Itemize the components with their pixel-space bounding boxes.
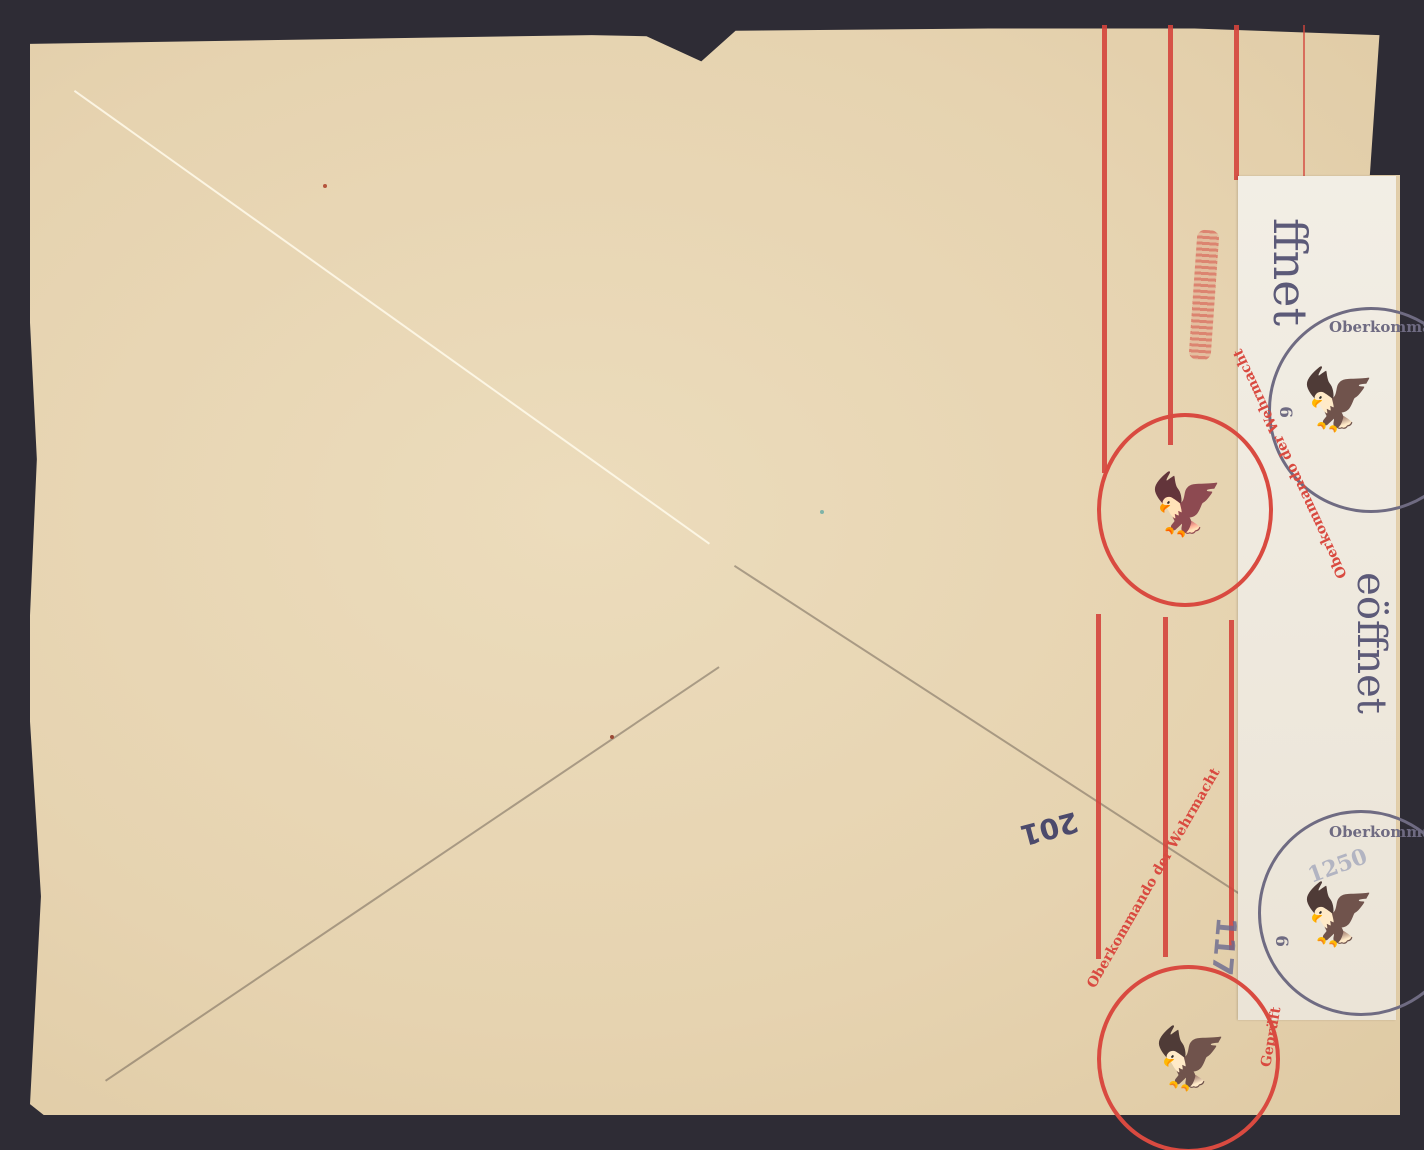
stamp-text: Oberkommando der Wehrmacht bbox=[1329, 823, 1424, 841]
stamp-text: Oberkommando der Wehrmacht bbox=[1329, 318, 1424, 336]
stamp-number: 6 bbox=[1271, 935, 1291, 947]
censor-number-117: 117 bbox=[1205, 916, 1243, 977]
ink-speck bbox=[610, 735, 614, 739]
eagle-emblem-icon: 🦅 bbox=[1149, 475, 1224, 535]
ink-speck bbox=[820, 510, 824, 514]
ink-speck bbox=[323, 184, 327, 188]
red-line bbox=[1096, 614, 1101, 959]
red-line bbox=[1303, 25, 1305, 180]
eagle-emblem-icon: 🦅 bbox=[1301, 370, 1376, 430]
red-censor-stamp: Oberkommando der Wehrmacht 🦅 bbox=[1097, 413, 1273, 607]
red-line bbox=[1163, 617, 1168, 957]
red-line bbox=[1168, 25, 1173, 445]
handwritten-side-text: eöffnet bbox=[1348, 572, 1394, 714]
eagle-emblem-icon: 🦅 bbox=[1153, 1029, 1228, 1089]
eagle-emblem-icon: 🦅 bbox=[1301, 885, 1376, 945]
red-line bbox=[1229, 620, 1234, 950]
red-line bbox=[1234, 25, 1239, 180]
stamp-number: 6 bbox=[1275, 406, 1295, 418]
red-line bbox=[1102, 25, 1107, 473]
red-censor-stamp: Oberkommando der Wehrmacht Geprüft 🦅 bbox=[1097, 965, 1280, 1150]
handwritten-geoffnet: ffnet bbox=[1263, 218, 1317, 326]
